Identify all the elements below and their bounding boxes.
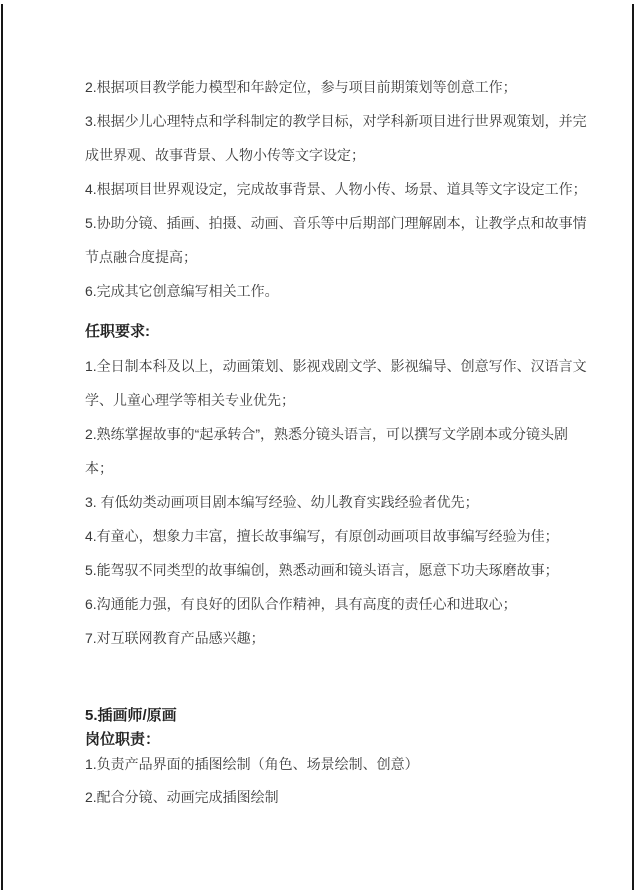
text-line: 1.负责产品界面的插图绘制（角色、场景绘制、创意） <box>85 752 590 776</box>
text-line: 2.熟练掌握故事的“起承转合”，熟悉分镜头语言，可以撰写文学剧本或分镜头剧 <box>85 417 590 451</box>
text-line: 2.配合分镜、动画完成插图绘制 <box>85 780 590 814</box>
text-line: 3. 有低幼类动画项目剧本编写经验、幼儿教育实践经验者优先； <box>85 485 590 519</box>
document-paragraph: 2.配合分镜、动画完成插图绘制 <box>85 780 590 814</box>
document-paragraph: 4.根据项目世界观设定，完成故事背景、人物小传、场景、道具等文字设定工作； <box>85 172 590 206</box>
document-paragraph: 1.全日制本科及以上，动画策划、影视戏剧文学、影视编导、创意写作、汉语言文学、儿… <box>85 349 590 417</box>
text-line: 6.沟通能力强，有良好的团队合作精神，具有高度的责任心和进取心； <box>85 587 590 621</box>
text-line: 成世界观、故事背景、人物小传等文字设定； <box>85 138 590 172</box>
text-line: 2.根据项目教学能力模型和年龄定位，参与项目前期策划等创意工作； <box>85 70 590 104</box>
text-line: 5.能驾驭不同类型的故事编创，熟悉动画和镜头语言，愿意下功夫琢磨故事； <box>85 553 590 587</box>
document-paragraph: 5.能驾驭不同类型的故事编创，熟悉动画和镜头语言，愿意下功夫琢磨故事； <box>85 553 590 587</box>
text-line: 节点融合度提高； <box>85 240 590 274</box>
section-heading: 任职要求: <box>85 315 590 349</box>
document-paragraph: 1.负责产品界面的插图绘制（角色、场景绘制、创意） <box>85 752 590 776</box>
document-paragraph: 7.对互联网教育产品感兴趣； <box>85 621 590 655</box>
text-line: 7.对互联网教育产品感兴趣； <box>85 621 590 655</box>
section-heading: 岗位职责： <box>85 728 590 752</box>
section-heading: 5.插画师/原画 <box>85 704 590 728</box>
text-line: 5.协助分镜、插画、拍摄、动画、音乐等中后期部门理解剧本，让教学点和故事情 <box>85 206 590 240</box>
text-line: 学、儿童心理学等相关专业优先； <box>85 383 590 417</box>
document-paragraph: 3. 有低幼类动画项目剧本编写经验、幼儿教育实践经验者优先； <box>85 485 590 519</box>
document-paragraph: 6.完成其它创意编写相关工作。 <box>85 274 590 308</box>
text-line: 1.全日制本科及以上，动画策划、影视戏剧文学、影视编导、创意写作、汉语言文 <box>85 349 590 383</box>
right-border-line <box>632 4 634 890</box>
document-section: 任职要求: <box>85 315 590 349</box>
text-line: 6.完成其它创意编写相关工作。 <box>85 274 590 308</box>
text-line: 4.有童心，想象力丰富，擅长故事编写，有原创动画项目故事编写经验为佳； <box>85 519 590 553</box>
document-paragraph: 5.协助分镜、插画、拍摄、动画、音乐等中后期部门理解剧本，让教学点和故事情节点融… <box>85 206 590 274</box>
document-content: 2.根据项目教学能力模型和年龄定位，参与项目前期策划等创意工作；3.根据少儿心理… <box>85 70 590 814</box>
text-line: 3.根据少儿心理特点和学科制定的教学目标，对学科新项目进行世界观策划，并完 <box>85 104 590 138</box>
text-line: 本； <box>85 451 590 485</box>
document-section: 5.插画师/原画 <box>85 704 590 728</box>
left-border-line <box>1 4 3 890</box>
document-paragraph: 6.沟通能力强，有良好的团队合作精神，具有高度的责任心和进取心； <box>85 587 590 621</box>
document-paragraph: 2.熟练掌握故事的“起承转合”，熟悉分镜头语言，可以撰写文学剧本或分镜头剧本； <box>85 417 590 485</box>
document-paragraph: 4.有童心，想象力丰富，擅长故事编写，有原创动画项目故事编写经验为佳； <box>85 519 590 553</box>
document-section: 岗位职责： <box>85 728 590 752</box>
document-paragraph: 2.根据项目教学能力模型和年龄定位，参与项目前期策划等创意工作； <box>85 70 590 104</box>
document-paragraph: 3.根据少儿心理特点和学科制定的教学目标，对学科新项目进行世界观策划，并完成世界… <box>85 104 590 172</box>
text-line: 4.根据项目世界观设定，完成故事背景、人物小传、场景、道具等文字设定工作； <box>85 172 590 206</box>
